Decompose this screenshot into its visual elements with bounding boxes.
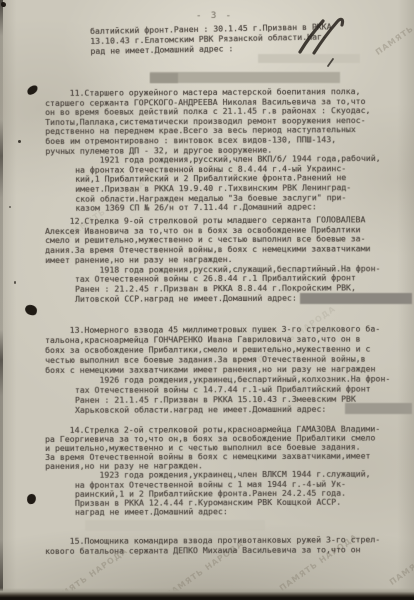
redaction-block-entry10-line xyxy=(150,72,340,83)
redaction-block-entry10-line-dark-cap xyxy=(150,73,178,83)
redaction-block-entry12-address xyxy=(300,293,412,304)
entry-13-text: 13.Номерного взвода 45 миллиметровых пуш… xyxy=(45,323,390,415)
watermark: ПАМЯТЬ НАРОДА xyxy=(374,0,414,57)
scanned-page: ПАМЯТЬ НАРОДА ПАМЯТЬ НАРОДА ПАМЯТЬ НАРОД… xyxy=(0,0,414,600)
entry-12-text: 12.Стрелка 9-ой стрелковой роты младшего… xyxy=(45,215,381,304)
ink-blot xyxy=(24,304,38,316)
ink-blot xyxy=(26,493,36,504)
page-number: - 3 - xyxy=(196,11,233,21)
ink-speck xyxy=(14,281,16,284)
ink-speck xyxy=(18,140,21,143)
redaction-block-entry10-address xyxy=(258,54,360,63)
watermark: ПАМЯТЬ НАРОДА xyxy=(388,526,414,587)
entry-11-text: 11.Старшего оружейного мастера мастерско… xyxy=(45,87,381,214)
ink-blot xyxy=(26,84,39,95)
ink-speck xyxy=(9,206,11,208)
entry-14-text: 14.Стрелка 2-ой стрелковой роты,красноар… xyxy=(45,425,381,517)
entry-10-continuation-text: балтийский фронт.Ранен : 30.1.45 г.Призв… xyxy=(90,22,332,56)
scan-left-edge xyxy=(0,0,3,600)
ink-speck xyxy=(1,2,6,7)
entry-15-text: 15.Помощника командира взвода противотан… xyxy=(45,535,380,556)
redaction-block-entry13-address xyxy=(345,403,412,414)
redaction-block-entry14-address xyxy=(85,520,265,531)
